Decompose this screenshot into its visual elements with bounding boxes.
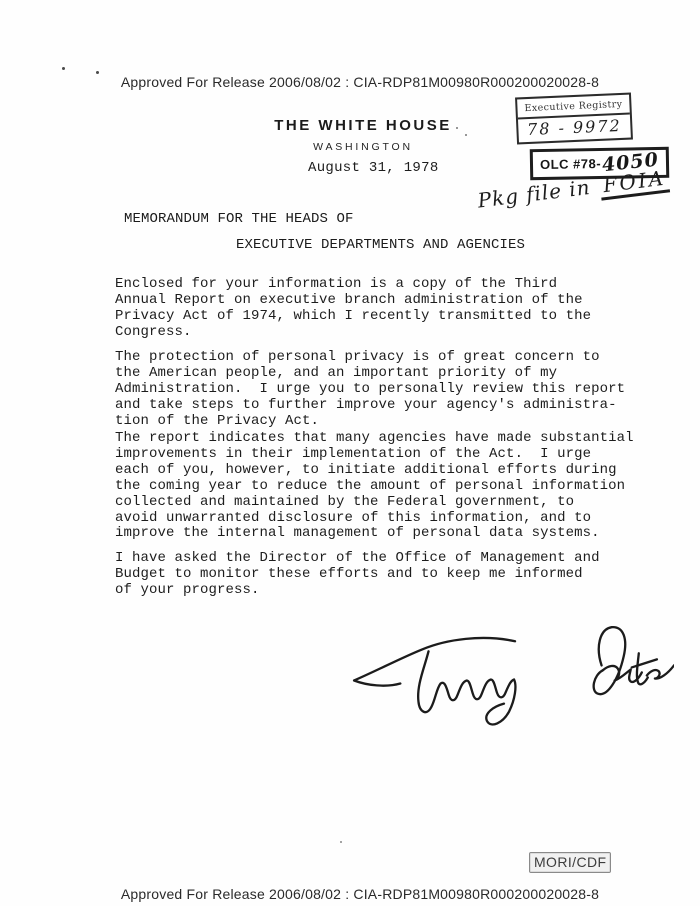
handwritten-note-text: Pkg file in bbox=[476, 175, 591, 213]
scan-speckle bbox=[96, 71, 99, 74]
executive-registry-stamp-number: 78 - 9972 bbox=[518, 115, 631, 143]
scan-speckle bbox=[340, 841, 342, 843]
memo-paragraph-3: The report indicates that many agencies … bbox=[115, 431, 660, 542]
release-footer-line: Approved For Release 2006/08/02 : CIA-RD… bbox=[20, 886, 700, 902]
scan-speckle bbox=[62, 67, 65, 70]
memo-paragraph-2: The protection of personal privacy is of… bbox=[115, 350, 660, 430]
signature-ink-strokes bbox=[342, 622, 674, 740]
scan-speckle bbox=[456, 127, 458, 129]
memo-paragraph-1: Enclosed for your information is a copy … bbox=[115, 277, 660, 341]
mori-cdf-badge: MORI/CDF bbox=[529, 852, 611, 873]
scan-speckle bbox=[465, 134, 467, 136]
letterhead-title: THE WHITE HOUSE bbox=[274, 117, 452, 134]
jimmy-carter-signature: Jimmy Carter bbox=[342, 622, 674, 740]
olc-stamp-label: OLC #78- bbox=[540, 155, 601, 171]
executive-registry-stamp: Executive Registry 78 - 9972 bbox=[515, 92, 633, 144]
memo-heading-line1: MEMORANDUM FOR THE HEADS OF bbox=[124, 211, 354, 227]
release-header-line: Approved For Release 2006/08/02 : CIA-RD… bbox=[20, 74, 700, 90]
memo-heading-line2: EXECUTIVE DEPARTMENTS AND AGENCIES bbox=[236, 237, 525, 253]
scanned-memo-page: Approved For Release 2006/08/02 : CIA-RD… bbox=[0, 0, 700, 906]
memo-paragraph-4: I have asked the Director of the Office … bbox=[115, 551, 660, 599]
letterhead-date: August 31, 1978 bbox=[308, 160, 439, 176]
letterhead-city: WASHINGTON bbox=[313, 141, 413, 153]
